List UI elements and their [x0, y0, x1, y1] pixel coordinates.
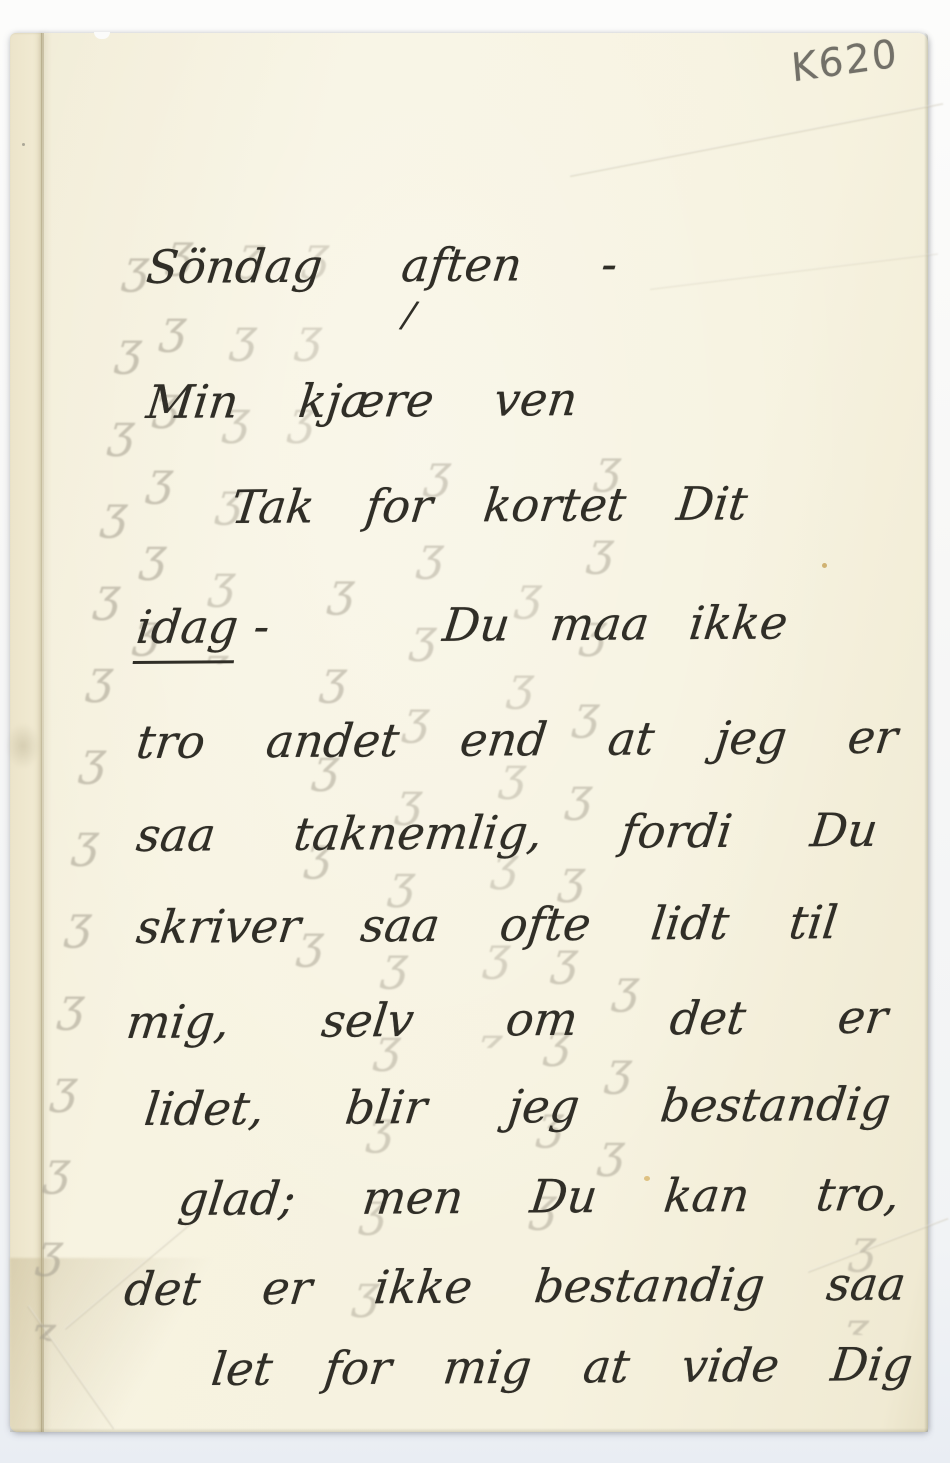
handwritten-line-dateline: Söndag aften - — [144, 237, 621, 294]
handwritten-line: glad; men Du kan tro, — [176, 1167, 903, 1226]
paper-edge-notch — [94, 32, 110, 39]
dust-speck — [22, 143, 25, 146]
handwritten-line-salutation: Min kjære ven — [144, 372, 581, 429]
handwritten-line: idag - Du maa ikke — [133, 595, 791, 664]
handwritten-line: skriver saa ofte lidt til — [134, 895, 841, 954]
crease-top-right-2 — [650, 253, 938, 290]
handwritten-line: Tak for kortet Dit — [229, 476, 751, 534]
handwritten-line: saa taknemlig, fordi Du — [134, 803, 881, 862]
handwritten-line: det er ikke bestandig saa — [122, 1257, 909, 1316]
letter-scan-page: K620 ʒ ʒ ʒ ʒ ʒ ʒ ʒ ʒ ʒ ʒ ʒ ʒ ʒ ʒ ʒ ʒ ʒ ʒ… — [10, 33, 928, 1432]
vertical-fold-crease — [41, 33, 44, 1432]
dash-stroke: - — [251, 599, 273, 653]
pen-flourish: / — [401, 294, 417, 336]
line-continuation: Du maa ikke — [440, 595, 790, 651]
margin-smudge — [6, 723, 40, 769]
foxing-speck — [822, 563, 827, 568]
crease-top-right — [570, 103, 943, 177]
paper-right-edge — [924, 33, 928, 1432]
archive-mark-pencil: K620 — [790, 32, 901, 92]
handwritten-line: lidet, blir jeg bestandig — [142, 1077, 894, 1136]
underlined-word: idag — [133, 599, 242, 664]
handwritten-line: let for mig at vide Dig — [209, 1337, 916, 1396]
handwritten-line: tro andet end at jeg er — [134, 710, 901, 769]
handwritten-line: mig, selv om det er — [124, 990, 891, 1049]
